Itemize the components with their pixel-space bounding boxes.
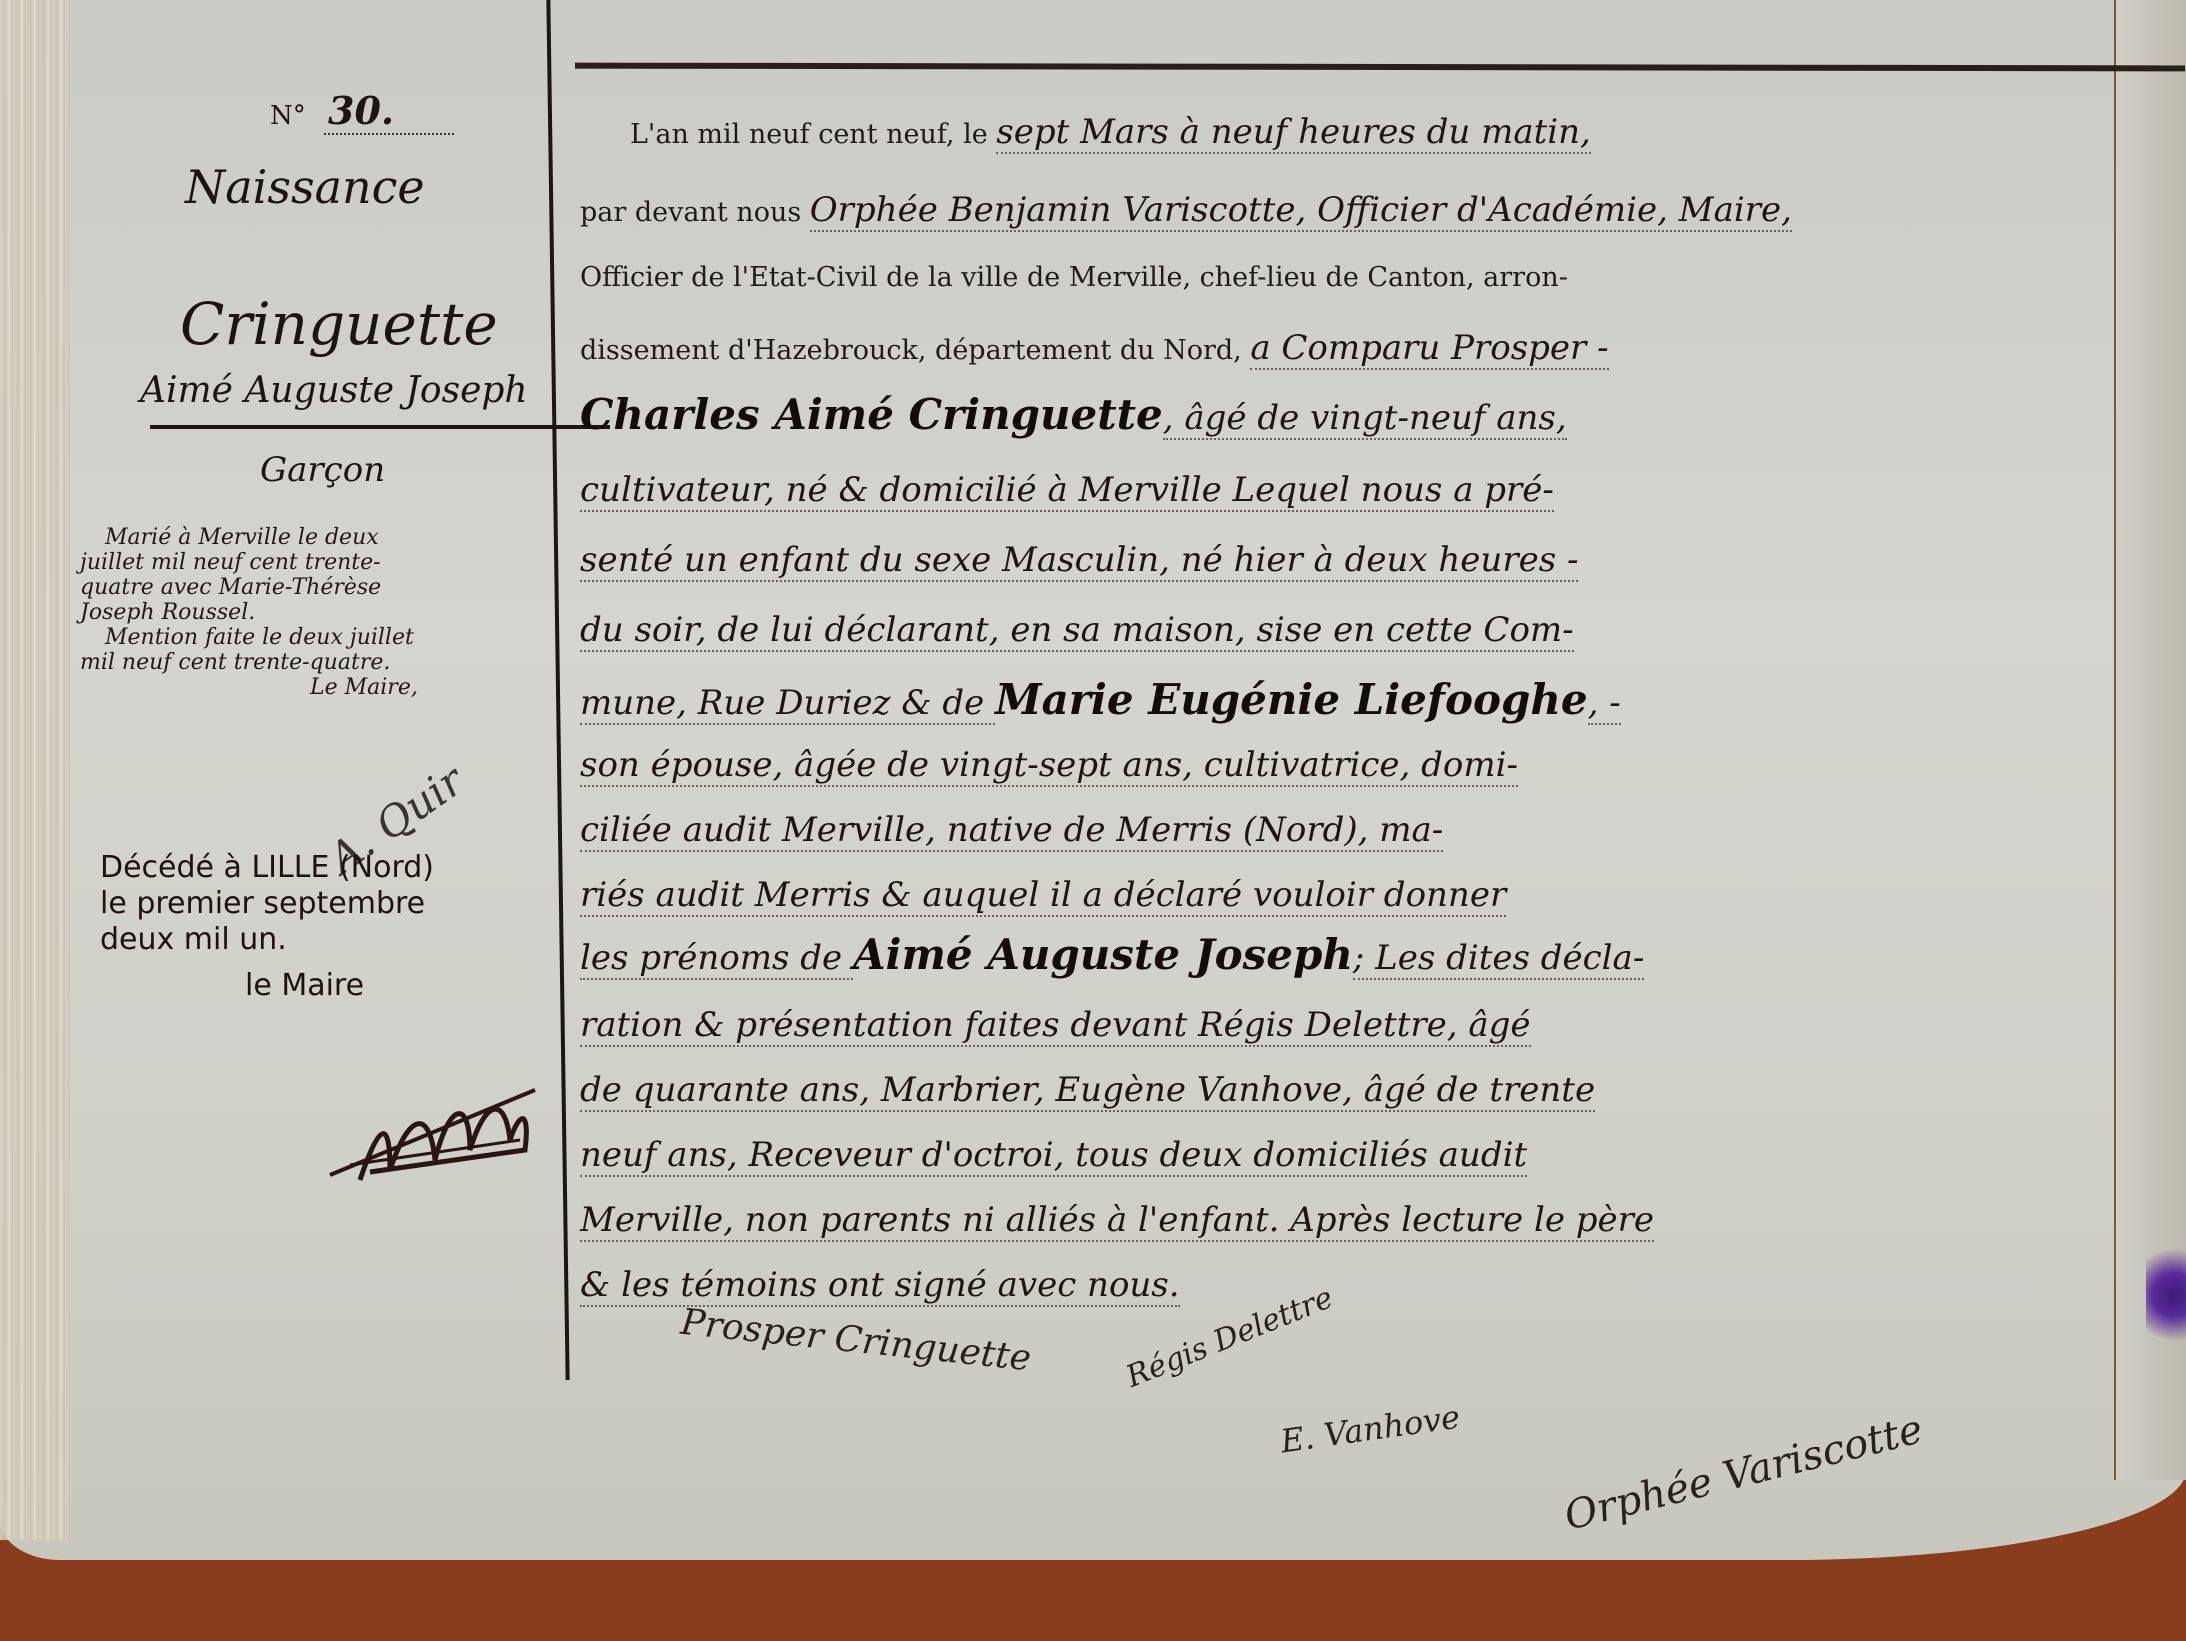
signature-mayor: Orphée Variscotte (1560, 1406, 1927, 1539)
name-underline (150, 425, 610, 429)
body-line: riés audit Merris & auquel il a déclaré … (580, 875, 1506, 915)
note-line: mil neuf cent trente-quatre. (80, 650, 560, 675)
note-line: le Maire (100, 968, 580, 1004)
body-line: Merville, non parents ni alliés à l'enfa… (580, 1200, 1654, 1240)
body-line: dissement d'Hazebrouck, département du N… (580, 328, 1609, 368)
given-names: Aimé Auguste Joseph (140, 370, 528, 411)
body-line: son épouse, âgée de vingt-sept ans, cult… (580, 745, 1518, 785)
death-annotation: Décédé à LILLE (Nord) le premier septemb… (100, 850, 580, 1004)
surname: Cringuette (180, 290, 498, 358)
record-number-value: 30. (324, 88, 454, 135)
body-line: cultivateur, né & domicilié à Merville L… (580, 470, 1554, 510)
note-line: Mention faite le deux juillet (80, 625, 560, 650)
record-type: Naissance (185, 160, 425, 214)
note-line: le premier septembre (100, 886, 580, 922)
marriage-annotation: Marié à Merville le deux juillet mil neu… (80, 525, 560, 700)
note-line: Joseph Roussel. (80, 600, 560, 625)
note-line: Décédé à LILLE (Nord) (100, 850, 580, 886)
note-line: Le Maire, (80, 675, 560, 700)
body-line: les prénoms de Aimé Auguste Joseph; Les … (580, 930, 1644, 979)
sex: Garçon (260, 450, 385, 490)
body-line: senté un enfant du sexe Masculin, né hie… (580, 540, 1578, 580)
body-line: & les témoins ont signé avec nous. (580, 1265, 1180, 1305)
note-line: deux mil un. (100, 922, 580, 958)
top-rule (575, 63, 2185, 72)
signatures: Prosper Cringuette Régis Delettre E. Van… (680, 1300, 2130, 1530)
body-line: Charles Aimé Cringuette, âgé de vingt-ne… (580, 390, 1567, 439)
body-line: Officier de l'Etat-Civil de la ville de … (580, 262, 1568, 293)
body-line: mune, Rue Duriez & de Marie Eugénie Lief… (580, 675, 1621, 724)
mayor-paraph-icon (320, 1080, 550, 1190)
note-line: Marié à Merville le deux (80, 525, 560, 550)
note-line: quatre avec Marie-Thérèse (80, 575, 560, 600)
body-line: de quarante ans, Marbrier, Eugène Vanhov… (580, 1070, 1595, 1110)
body-line: par devant nous Orphée Benjamin Variscot… (580, 190, 1792, 230)
record-number: N° 30. (270, 88, 454, 133)
note-line: juillet mil neuf cent trente- (80, 550, 560, 575)
body-line: L'an mil neuf cent neuf, le sept Mars à … (630, 112, 1591, 152)
signature-father: Prosper Cringuette (679, 1302, 1033, 1380)
body-line: neuf ans, Receveur d'octroi, tous deux d… (580, 1135, 1527, 1175)
body-line: du soir, de lui déclarant, en sa maison,… (580, 610, 1574, 650)
signature-witness-2: E. Vanhove (1278, 1398, 1462, 1461)
page-stack-edges (0, 0, 70, 1540)
register-page: N° 30. Naissance Cringuette Aimé Auguste… (0, 0, 2186, 1560)
record-number-label: N° (270, 101, 306, 131)
body-line: ciliée audit Merville, native de Merris … (580, 810, 1443, 850)
body-line: ration & présentation faites devant Régi… (580, 1005, 1531, 1045)
ink-stain (2146, 1240, 2186, 1350)
